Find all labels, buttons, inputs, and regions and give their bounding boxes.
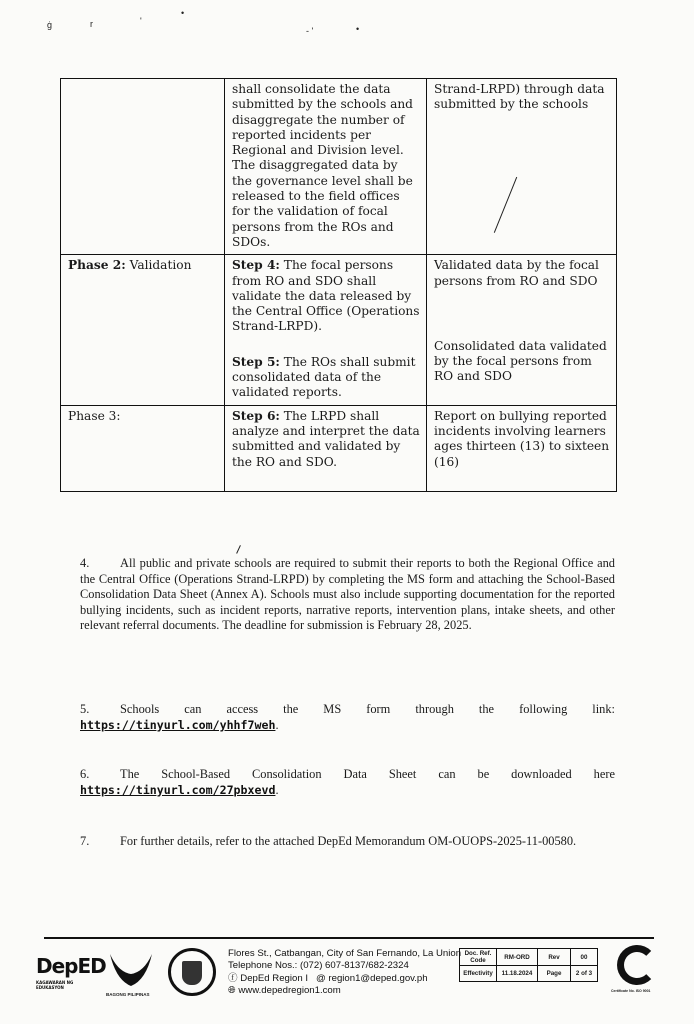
effectivity-value: 11.18.2024: [497, 966, 538, 982]
paragraph-number: 6.: [80, 767, 120, 783]
table-row: shall consolidate the data submitted by …: [61, 79, 617, 255]
step-label: Step 6:: [232, 409, 280, 423]
contact-block: Flores St., Catbangan, City of San Ferna…: [228, 948, 461, 998]
punctuation: .: [275, 783, 278, 797]
activity-text: shall consolidate the data submitted by …: [232, 82, 413, 249]
paragraph-text: The School-Based Consolidation Data Shee…: [120, 767, 615, 781]
punctuation: .: [275, 718, 278, 732]
output-cell: Validated data by the focal persons from…: [427, 255, 617, 405]
activity-cell: Step 4: The focal persons from RO and SD…: [225, 255, 427, 405]
facebook-icon: ⓕ: [228, 973, 238, 984]
email-address[interactable]: region1@deped.gov.ph: [328, 973, 427, 984]
activity-cell: Step 6: The LRPD shall analyze and inter…: [225, 405, 427, 491]
phase-cell: Phase 3:: [61, 405, 225, 491]
step-label: Step 4:: [232, 258, 280, 272]
paragraph-number: 4.: [80, 556, 120, 572]
paragraph-number: 7.: [80, 834, 120, 850]
phase-cell: Phase 2: Validation: [61, 255, 225, 405]
doc-ref-code-value: RM-ORD: [497, 949, 538, 966]
output-text: Strand-LRPD) through data submitted by t…: [434, 82, 605, 111]
output-text: Validated data by the focal persons from…: [434, 258, 610, 289]
table-row: Phase 2: Validation Step 4: The focal pe…: [61, 255, 617, 405]
step-label: Step 5:: [232, 355, 280, 369]
bagong-pilipinas-logo: BAGONG PILIPINAS: [108, 950, 154, 1000]
iso-certification-logo: Certificate No. ISO 9001: [617, 945, 661, 989]
iso-caption: Certificate No. ISO 9001: [611, 989, 651, 993]
website-link[interactable]: www.depedregion1.com: [238, 985, 340, 996]
bagong-pilipinas-caption: BAGONG PILIPINAS: [106, 992, 150, 997]
output-cell: Report on bullying reported incidents in…: [427, 405, 617, 491]
doc-ref-code-label: Doc. Ref. Code: [460, 949, 497, 966]
page-label: Page: [538, 966, 571, 982]
telephone: Telephone Nos.: (072) 607-8137/682-2324: [228, 960, 461, 972]
iso-ring-icon: [617, 945, 657, 985]
paragraph-number: 5.: [80, 702, 120, 718]
pen-mark: [236, 545, 241, 554]
effectivity-label: Effectivity: [460, 966, 497, 982]
bagong-pilipinas-emblem-icon: [108, 950, 154, 990]
globe-icon: 🌐︎: [228, 985, 236, 996]
paragraph-7: 7.For further details, refer to the atta…: [80, 834, 615, 850]
step-item: Step 4: The focal persons from RO and SD…: [232, 258, 420, 334]
phase-name: Phase 3:: [68, 409, 121, 423]
email-icon: @: [316, 973, 326, 984]
department-seal-logo: [168, 948, 216, 996]
footer-divider: [44, 937, 654, 939]
output-text: Report on bullying reported incidents in…: [434, 409, 609, 469]
table-row: Phase 3: Step 6: The LRPD shall analyze …: [61, 405, 617, 491]
address: Flores St., Catbangan, City of San Ferna…: [228, 948, 461, 960]
paragraph-6: 6.The School-Based Consolidation Data Sh…: [80, 767, 615, 798]
paragraph-4: 4.All public and private schools are req…: [80, 556, 615, 634]
doc-ref-table: Doc. Ref. Code RM-ORD Rev 00 Effectivity…: [459, 948, 598, 982]
phases-table: shall consolidate the data submitted by …: [60, 78, 617, 492]
paragraph-text: Schools can access the MS form through t…: [120, 702, 615, 716]
paragraph-text: For further details, refer to the attach…: [120, 834, 576, 848]
paragraph-5: 5.Schools can access the MS form through…: [80, 702, 615, 733]
output-text: Consolidated data validated by the focal…: [434, 339, 610, 385]
phase-cell: [61, 79, 225, 255]
output-cell: Strand-LRPD) through data submitted by t…: [427, 79, 617, 255]
data-sheet-link[interactable]: https://tinyurl.com/27pbxevd: [80, 783, 275, 797]
phase-name: Validation: [126, 258, 192, 272]
paragraph-text: All public and private schools are requi…: [80, 556, 615, 632]
facebook-handle[interactable]: DepEd Region I: [240, 973, 308, 984]
phase-label: Phase 2:: [68, 258, 126, 272]
rev-value: 00: [571, 949, 598, 966]
rev-label: Rev: [538, 949, 571, 966]
ms-form-link[interactable]: https://tinyurl.com/yhhf7weh: [80, 718, 275, 732]
deped-logo-text: DepED: [36, 954, 106, 978]
page-value: 2 of 3: [571, 966, 598, 982]
step-item: Step 5: The ROs shall submit consolidate…: [232, 355, 420, 401]
activity-cell: shall consolidate the data submitted by …: [225, 79, 427, 255]
deped-logo: DepED KAGAWARAN NG EDUKASYON: [36, 954, 96, 994]
deped-logo-subtext: KAGAWARAN NG EDUKASYON: [36, 980, 96, 990]
seal-shield-icon: [182, 961, 202, 985]
